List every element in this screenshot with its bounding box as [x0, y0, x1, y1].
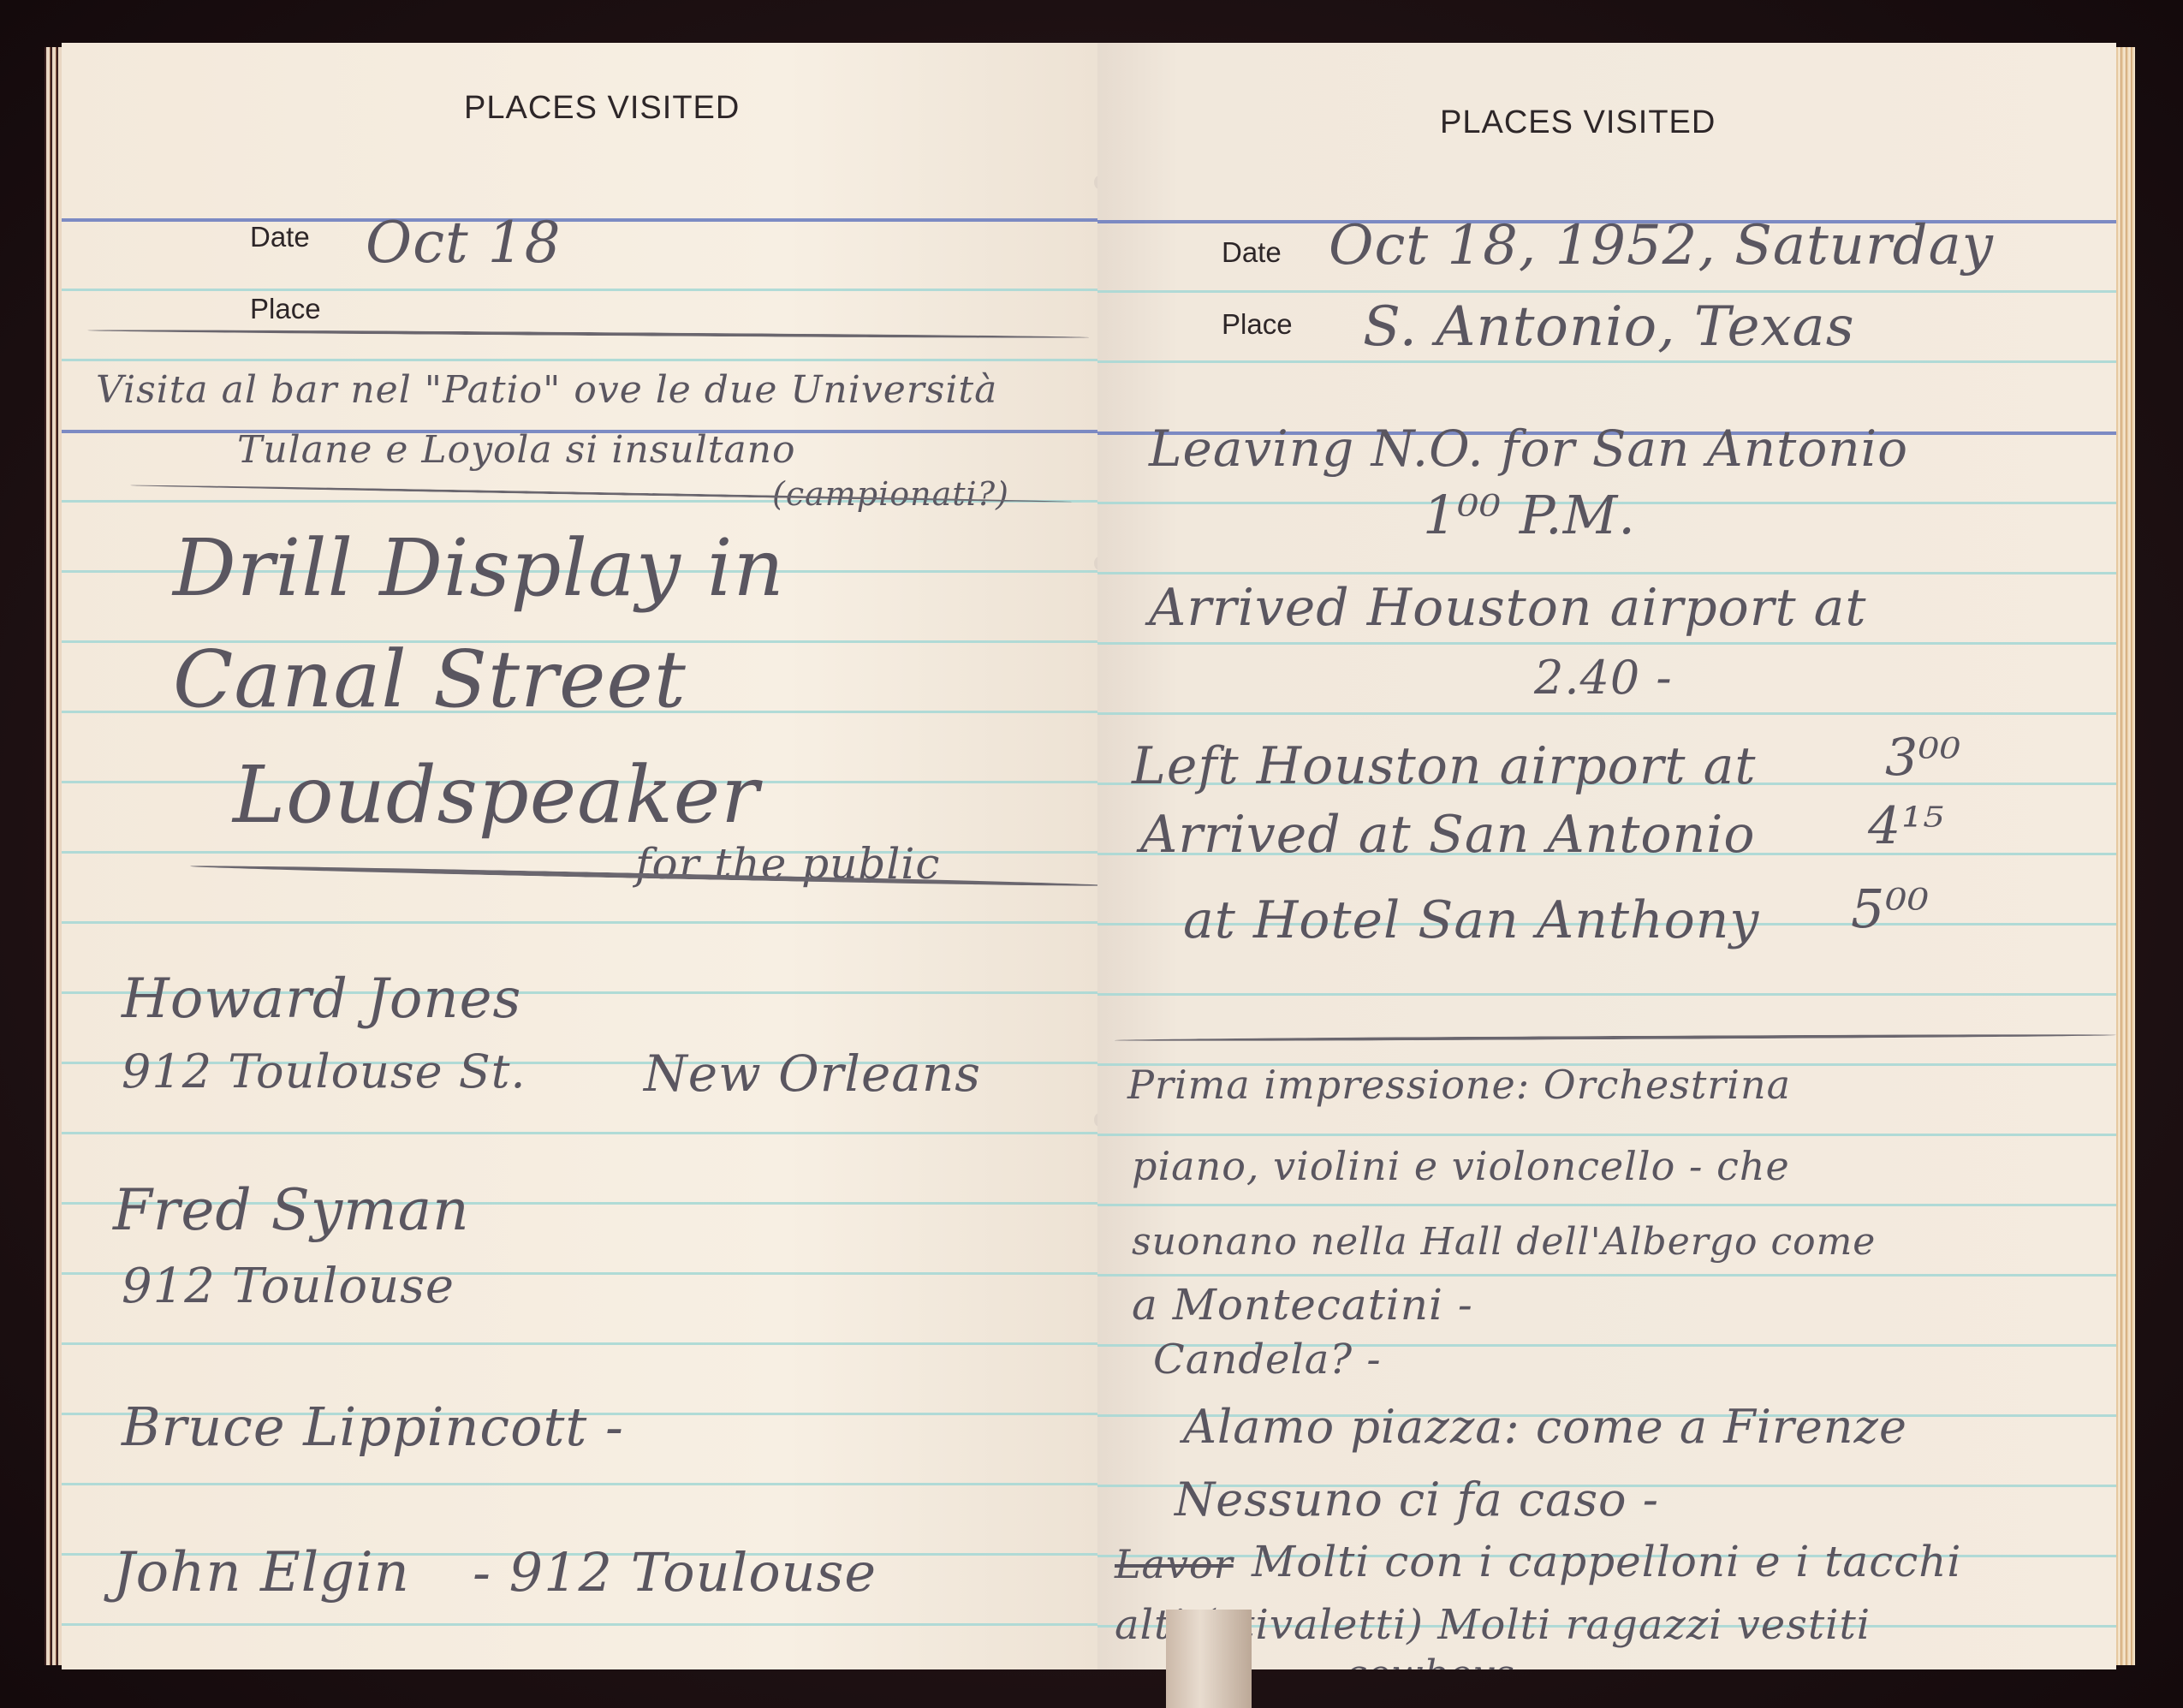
contact-address: 912 Toulouse [122, 1259, 455, 1314]
entry-note: (campionati?) [772, 475, 1009, 513]
travel-log-line: at Hotel San Anthony [1183, 890, 1759, 950]
rule-line [1097, 572, 2116, 574]
place-label: Place [250, 293, 321, 325]
travel-log-time: 2.40 - [1534, 651, 1673, 705]
right-page: PLACES VISITED Date Place Oct 18, 1952, … [1097, 43, 2116, 1669]
impression-line: Candela? - [1153, 1336, 1382, 1384]
entry-line: Canal Street [173, 634, 687, 725]
date-label: Date [250, 221, 310, 253]
contact-name: Bruce Lippincott - [122, 1396, 624, 1458]
date-value: Oct 18, 1952, Saturday [1329, 214, 1994, 277]
travel-log-line: Leaving N.O. for San Antonio [1149, 420, 1908, 478]
travel-log-line: Arrived Houston airport at [1149, 578, 1867, 638]
rule-line [62, 1342, 1097, 1345]
contact-address: 912 Toulouse St. [122, 1044, 526, 1098]
travel-log-time: 4¹⁵ [1868, 796, 1944, 856]
impression-line: Nessuno ci fa caso - [1175, 1473, 1659, 1526]
rule-line [62, 289, 1097, 291]
impression-line: cowboys - [1346, 1652, 1542, 1669]
rule-line [62, 1483, 1097, 1485]
entry-line: Drill Display in [173, 522, 785, 614]
rule-line [62, 1623, 1097, 1626]
contact-name: Howard Jones [122, 967, 521, 1031]
date-value: Oct 18 [366, 210, 562, 276]
travel-log-time: 1⁰⁰ P.M. [1423, 484, 1636, 546]
page-heading: PLACES VISITED [464, 90, 740, 127]
entry-line: Loudspeaker [233, 749, 759, 841]
rule-line [62, 1132, 1097, 1134]
struck-word: Lavor [1115, 1541, 1234, 1587]
ribbon-bookmark[interactable] [1166, 1610, 1252, 1708]
travel-log-line: Left Houston airport at [1132, 736, 1757, 796]
contact-name: Fred Syman [113, 1177, 470, 1243]
impression-line: Prima impressione: Orchestrina [1127, 1062, 1791, 1108]
rule-line [62, 851, 1097, 854]
rule-line [1097, 1274, 2116, 1277]
rule-line [1097, 1134, 2116, 1136]
place-label: Place [1222, 308, 1293, 341]
rule-line [62, 921, 1097, 924]
impression-line: Molti con i cappelloni e i tacchi [1252, 1537, 1961, 1586]
rule-line [1097, 290, 2116, 293]
impression-line: piano, violini e violoncello - che [1132, 1143, 1790, 1189]
left-page: PLACES VISITED Date Place Oct 18 Visita … [62, 43, 1098, 1669]
rule-line [1097, 712, 2116, 715]
page-heading: PLACES VISITED [1440, 104, 1716, 141]
travel-log-time: 3⁰⁰ [1885, 728, 1961, 788]
rule-line [1097, 993, 2116, 996]
rule-line [1097, 1204, 2116, 1206]
rule-line [1097, 642, 2116, 645]
travel-log-time: 5⁰⁰ [1851, 878, 1930, 940]
travel-log-line: Arrived at San Antonio [1140, 805, 1755, 865]
entry-line: Tulane e Loyola si insultano [237, 428, 796, 472]
rule-line [1097, 360, 2116, 363]
impression-line: a Montecatini - [1132, 1280, 1473, 1330]
contact-address: - 912 Toulouse [473, 1541, 877, 1604]
rule-line [62, 218, 1097, 222]
impression-line: Alamo piazza: come a Firenze [1183, 1400, 1907, 1454]
left-page-edges [45, 47, 63, 1665]
pencil-divider [87, 329, 1089, 339]
contact-city: New Orleans [644, 1044, 981, 1103]
place-value: S. Antonio, Texas [1363, 295, 1855, 359]
entry-line: Visita al bar nel "Patio" ove le due Uni… [96, 368, 997, 412]
date-label: Date [1222, 236, 1282, 269]
pencil-divider [1115, 1033, 2116, 1042]
rule-line [62, 359, 1097, 361]
right-page-edges [2116, 47, 2135, 1665]
contact-name: John Elgin [113, 1541, 410, 1604]
impression-line: suonano nella Hall dell'Albergo come [1132, 1220, 1876, 1264]
